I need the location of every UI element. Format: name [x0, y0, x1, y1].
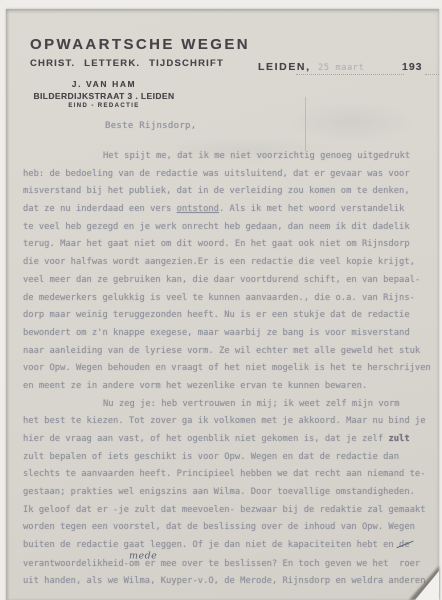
letter-line: veel meer dan ze gebruiken kan, die daar… — [23, 272, 441, 290]
line-segment: heb: de bedoeling van de redactie was ui… — [23, 169, 410, 179]
line-segment: misverstand bij het publiek, dat in de v… — [23, 186, 410, 196]
letter-line: bewondert om z'n knappe exegese, maar wa… — [23, 325, 441, 343]
letter-line: uit handen, als we Wilma, Kuyper-v.O, de… — [23, 573, 441, 591]
letter-line: Nu zeg je: heb vertrouwen in mij; ik wee… — [23, 396, 441, 414]
scanned-letter: OPWAARTSCHE WEGEN CHRIST. LETTERK. TIJDS… — [0, 0, 442, 600]
letterhead-editor-role: EIND - REDACTIE — [6, 103, 202, 109]
letter-body: Het spijt me, dat ik me niet voorzichtig… — [23, 148, 441, 590]
line-segment: die voor halfwas wordt aangezien.Er is e… — [23, 257, 415, 267]
paper-crease — [305, 97, 306, 151]
line-segment: en meent ze in andere vorm het wezenlike… — [23, 381, 367, 391]
line-segment: Ik geloof dat er -je zult dat meevoelen-… — [23, 505, 426, 515]
line-segment: . Als ik met het woord verstandelik — [219, 204, 404, 214]
line-segment: gestaan; prakties wel enigszins aan Wilm… — [23, 487, 415, 497]
letter-line: heb: de bedoeling van de redactie was ui… — [23, 166, 441, 184]
line-segment: de medewerkers gelukkig is veel te kunne… — [23, 293, 415, 303]
line-segment: bewondert om z'n knappe exegese, maar wa… — [23, 328, 410, 338]
page-corner-fold — [403, 564, 439, 600]
fold-face — [415, 571, 439, 600]
salutation: Beste Rijnsdorp, — [105, 121, 197, 131]
line-segment: naar aanleiding van de lyriese vorm. Ze … — [23, 346, 420, 356]
dateline-year-prefix: 193 — [402, 61, 423, 73]
letterhead-title: OPWAARTSCHE WEGEN — [30, 36, 250, 53]
line-segment: dorp maar weinig teruggezonden heeft. Nu… — [23, 310, 410, 320]
line-segment: het best te kiezen. Tot zover ga ik volk… — [23, 416, 426, 426]
letter-line: verantwoordelikheid-medeom er mee over t… — [23, 555, 441, 573]
line-segment: hier de vraag aan vast, of het ogenblik … — [23, 434, 388, 444]
letter-line: te veel heb gezegd en je werk onrecht he… — [23, 219, 441, 237]
line-segment: dat ze nu inderdaad een vers — [23, 204, 177, 214]
line-segment: verantwoordelikheid- — [23, 559, 129, 569]
line-segment: zult — [388, 434, 409, 444]
line-segment: voor Opw. Wegen behouden en vraagt of he… — [23, 363, 431, 373]
line-segment: veel meer dan ze gebruiken kan, die daar… — [23, 275, 420, 285]
letter-line: hier de vraag aan vast, of het ogenblik … — [23, 431, 441, 449]
letter-line: misverstand bij het publiek, dat in de v… — [23, 183, 441, 201]
dateline-city: LEIDEN, — [258, 61, 311, 73]
line-segment: terug. Maar het gaat niet om dit woord. … — [23, 239, 410, 249]
letter-line: worden tegen een voorstel, dat de beslis… — [23, 519, 441, 537]
line-segment: Het spijt me, dat ik me niet voorzichtig… — [103, 151, 410, 161]
letter-line: die voor halfwas wordt aangezien.Er is e… — [23, 254, 441, 272]
letter-line: de medewerkers gelukkig is veel te kunne… — [23, 290, 441, 308]
dateline-rule — [296, 74, 404, 75]
line-segment: om er mee over te beslissen? En toch gev… — [129, 559, 420, 569]
line-segment: buiten de redactie gaat leggen. Of je da… — [23, 540, 399, 550]
letter-line: terug. Maar het gaat niet om dit woord. … — [23, 236, 441, 254]
letter-line: het best te kiezen. Tot zover ga ik volk… — [23, 413, 441, 431]
dateline-typed-date: 25 maart — [318, 63, 364, 73]
letter-line: en meent ze in andere vorm het wezenlike… — [23, 378, 441, 396]
line-segment: te veel heb gezegd en je werk onrecht he… — [23, 222, 410, 232]
letter-line: dorp maar weinig teruggezonden heeft. Nu… — [23, 307, 441, 325]
letter-line: zult bepalen of iets geschikt is voor Op… — [23, 449, 441, 467]
line-segment: worden tegen een voorstel, dat de beslis… — [23, 522, 415, 532]
line-segment: zult bepalen of iets geschikt is voor Op… — [23, 452, 399, 462]
line-segment: Nu zeg je: heb vertrouwen in mij; ik wee… — [103, 399, 400, 409]
letter-line: slechts te aanvaarden heeft. Principieel… — [23, 466, 441, 484]
letter-line: voor Opw. Wegen behouden en vraagt of he… — [23, 360, 441, 378]
letterhead-editor-address: BILDERDIJKSTRAAT 3 . LEIDEN — [6, 91, 202, 101]
dateline-rule-short — [425, 74, 439, 75]
letter-line: gestaan; prakties wel enigszins aan Wilm… — [23, 484, 441, 502]
letter-line: Het spijt me, dat ik me niet voorzichtig… — [23, 148, 441, 166]
letter-line: buiten de redactie gaat leggen. Of je da… — [23, 537, 441, 555]
line-segment: slechts te aanvaarden heeft. Principieel… — [23, 469, 426, 479]
letterhead-subtitle: CHRIST. LETTERK. TIJDSCHRIFT — [30, 58, 224, 69]
letter-line: Ik geloof dat er -je zult dat meevoelen-… — [23, 502, 441, 520]
letter-line: dat ze nu inderdaad een vers ontstond. A… — [23, 201, 441, 219]
letterhead-editor-name: J. VAN HAM — [6, 79, 202, 89]
letter-line: naar aanleiding van de lyriese vorm. Ze … — [23, 343, 441, 361]
line-segment: de — [399, 540, 410, 550]
paper-sheet: OPWAARTSCHE WEGEN CHRIST. LETTERK. TIJDS… — [6, 9, 439, 600]
line-segment: ontstond — [177, 204, 219, 214]
line-segment: uit handen, als we Wilma, Kuyper-v.O, de… — [23, 576, 426, 586]
